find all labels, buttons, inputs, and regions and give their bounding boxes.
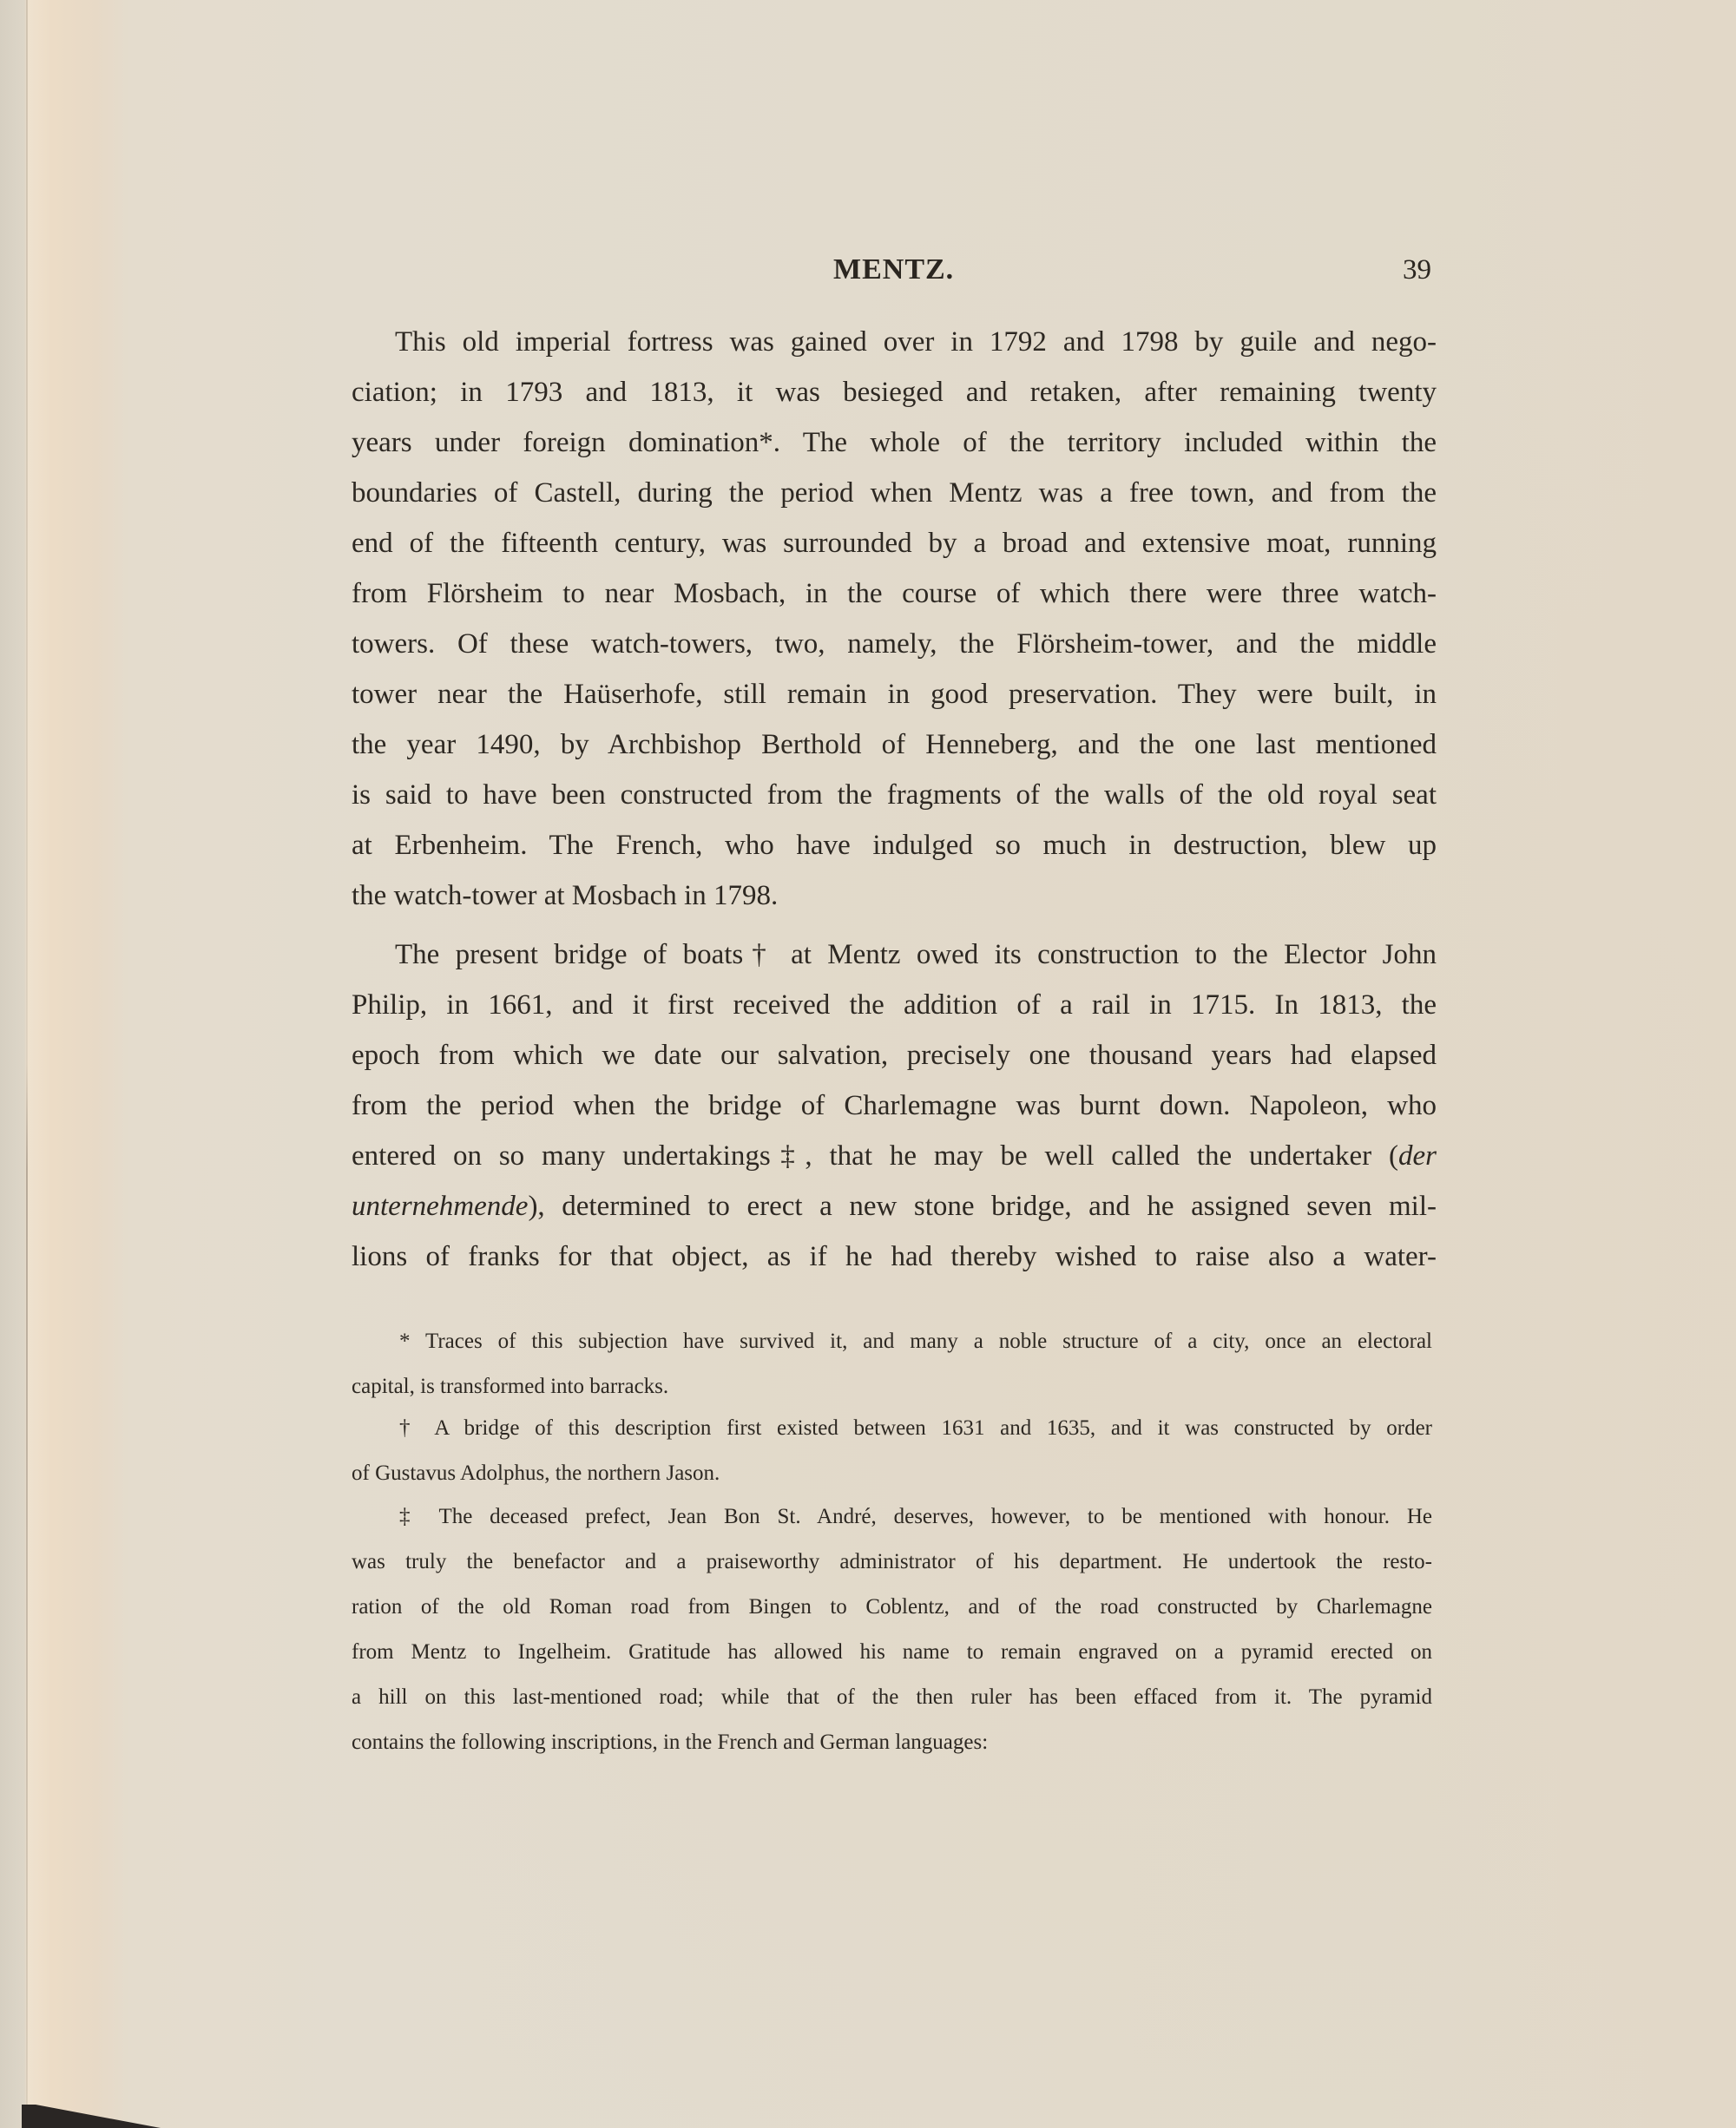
running-title: MENTZ. <box>833 253 954 286</box>
footnote-line: was truly the benefactor and a praisewor… <box>352 1548 1432 1576</box>
text-line: from the period when the bridge of Charl… <box>352 1088 1437 1123</box>
footnote-line: † A bridge of this description first exi… <box>399 1415 1432 1442</box>
footnote-line: ‡ The deceased prefect, Jean Bon St. And… <box>399 1503 1432 1531</box>
text-line: Philip, in 1661, and it first received t… <box>352 988 1437 1022</box>
footnote-line: of Gustavus Adolphus, the northern Jason… <box>352 1460 1432 1488</box>
footnote-line: ration of the old Roman road from Bingen… <box>352 1593 1432 1621</box>
text-line-with-italic: entered on so many undertakings‡, that h… <box>352 1139 1437 1173</box>
italic-term: der <box>1398 1140 1437 1172</box>
text-line: epoch from which we date our salvation, … <box>352 1038 1437 1073</box>
footnote-line: from Mentz to Ingelheim. Gratitude has a… <box>352 1639 1432 1666</box>
text-line: years under foreign domination*. The who… <box>352 425 1437 460</box>
text-segment: ), determined to erect a new stone bridg… <box>528 1191 1437 1222</box>
text-line: tower near the Haüserhofe, still remain … <box>352 677 1437 712</box>
footnote-line: a hill on this last-mentioned road; whil… <box>352 1684 1432 1711</box>
text-line: end of the fifteenth century, was surrou… <box>352 526 1437 561</box>
book-page: MENTZ. 39 This old imperial fortress was… <box>0 0 1736 2128</box>
text-line: lions of franks for that object, as if h… <box>352 1239 1437 1274</box>
italic-term: unternehmende <box>352 1191 528 1222</box>
text-line: ciation; in 1793 and 1813, it was besieg… <box>352 375 1437 410</box>
page-number: 39 <box>1403 254 1431 286</box>
text-line: the year 1490, by Archbishop Berthold of… <box>352 727 1437 762</box>
text-line: from Flörsheim to near Mosbach, in the c… <box>352 576 1437 611</box>
text-line-with-italic: unternehmende), determined to erect a ne… <box>352 1189 1437 1224</box>
page-gutter-edge <box>26 0 28 2128</box>
text-line: The present bridge of boats† at Mentz ow… <box>395 937 1437 972</box>
text-line: at Erbenheim. The French, who have indul… <box>352 828 1437 863</box>
text-line: This old imperial fortress was gained ov… <box>395 325 1437 359</box>
footnote-line: capital, is transformed into barracks. <box>352 1373 1432 1401</box>
footnote-line: * Traces of this subjection have survive… <box>399 1328 1432 1356</box>
text-segment: entered on so many undertakings‡, that h… <box>352 1140 1398 1172</box>
text-line: the watch-tower at Mosbach in 1798. <box>352 878 1437 913</box>
spine-shadow <box>0 0 24 2128</box>
text-line: is said to have been constructed from th… <box>352 778 1437 812</box>
book-cover-corner <box>22 2105 161 2128</box>
text-line: towers. Of these watch-towers, two, name… <box>352 627 1437 661</box>
footnote-line: contains the following inscriptions, in … <box>352 1729 1432 1757</box>
text-line: boundaries of Castell, during the period… <box>352 476 1437 510</box>
